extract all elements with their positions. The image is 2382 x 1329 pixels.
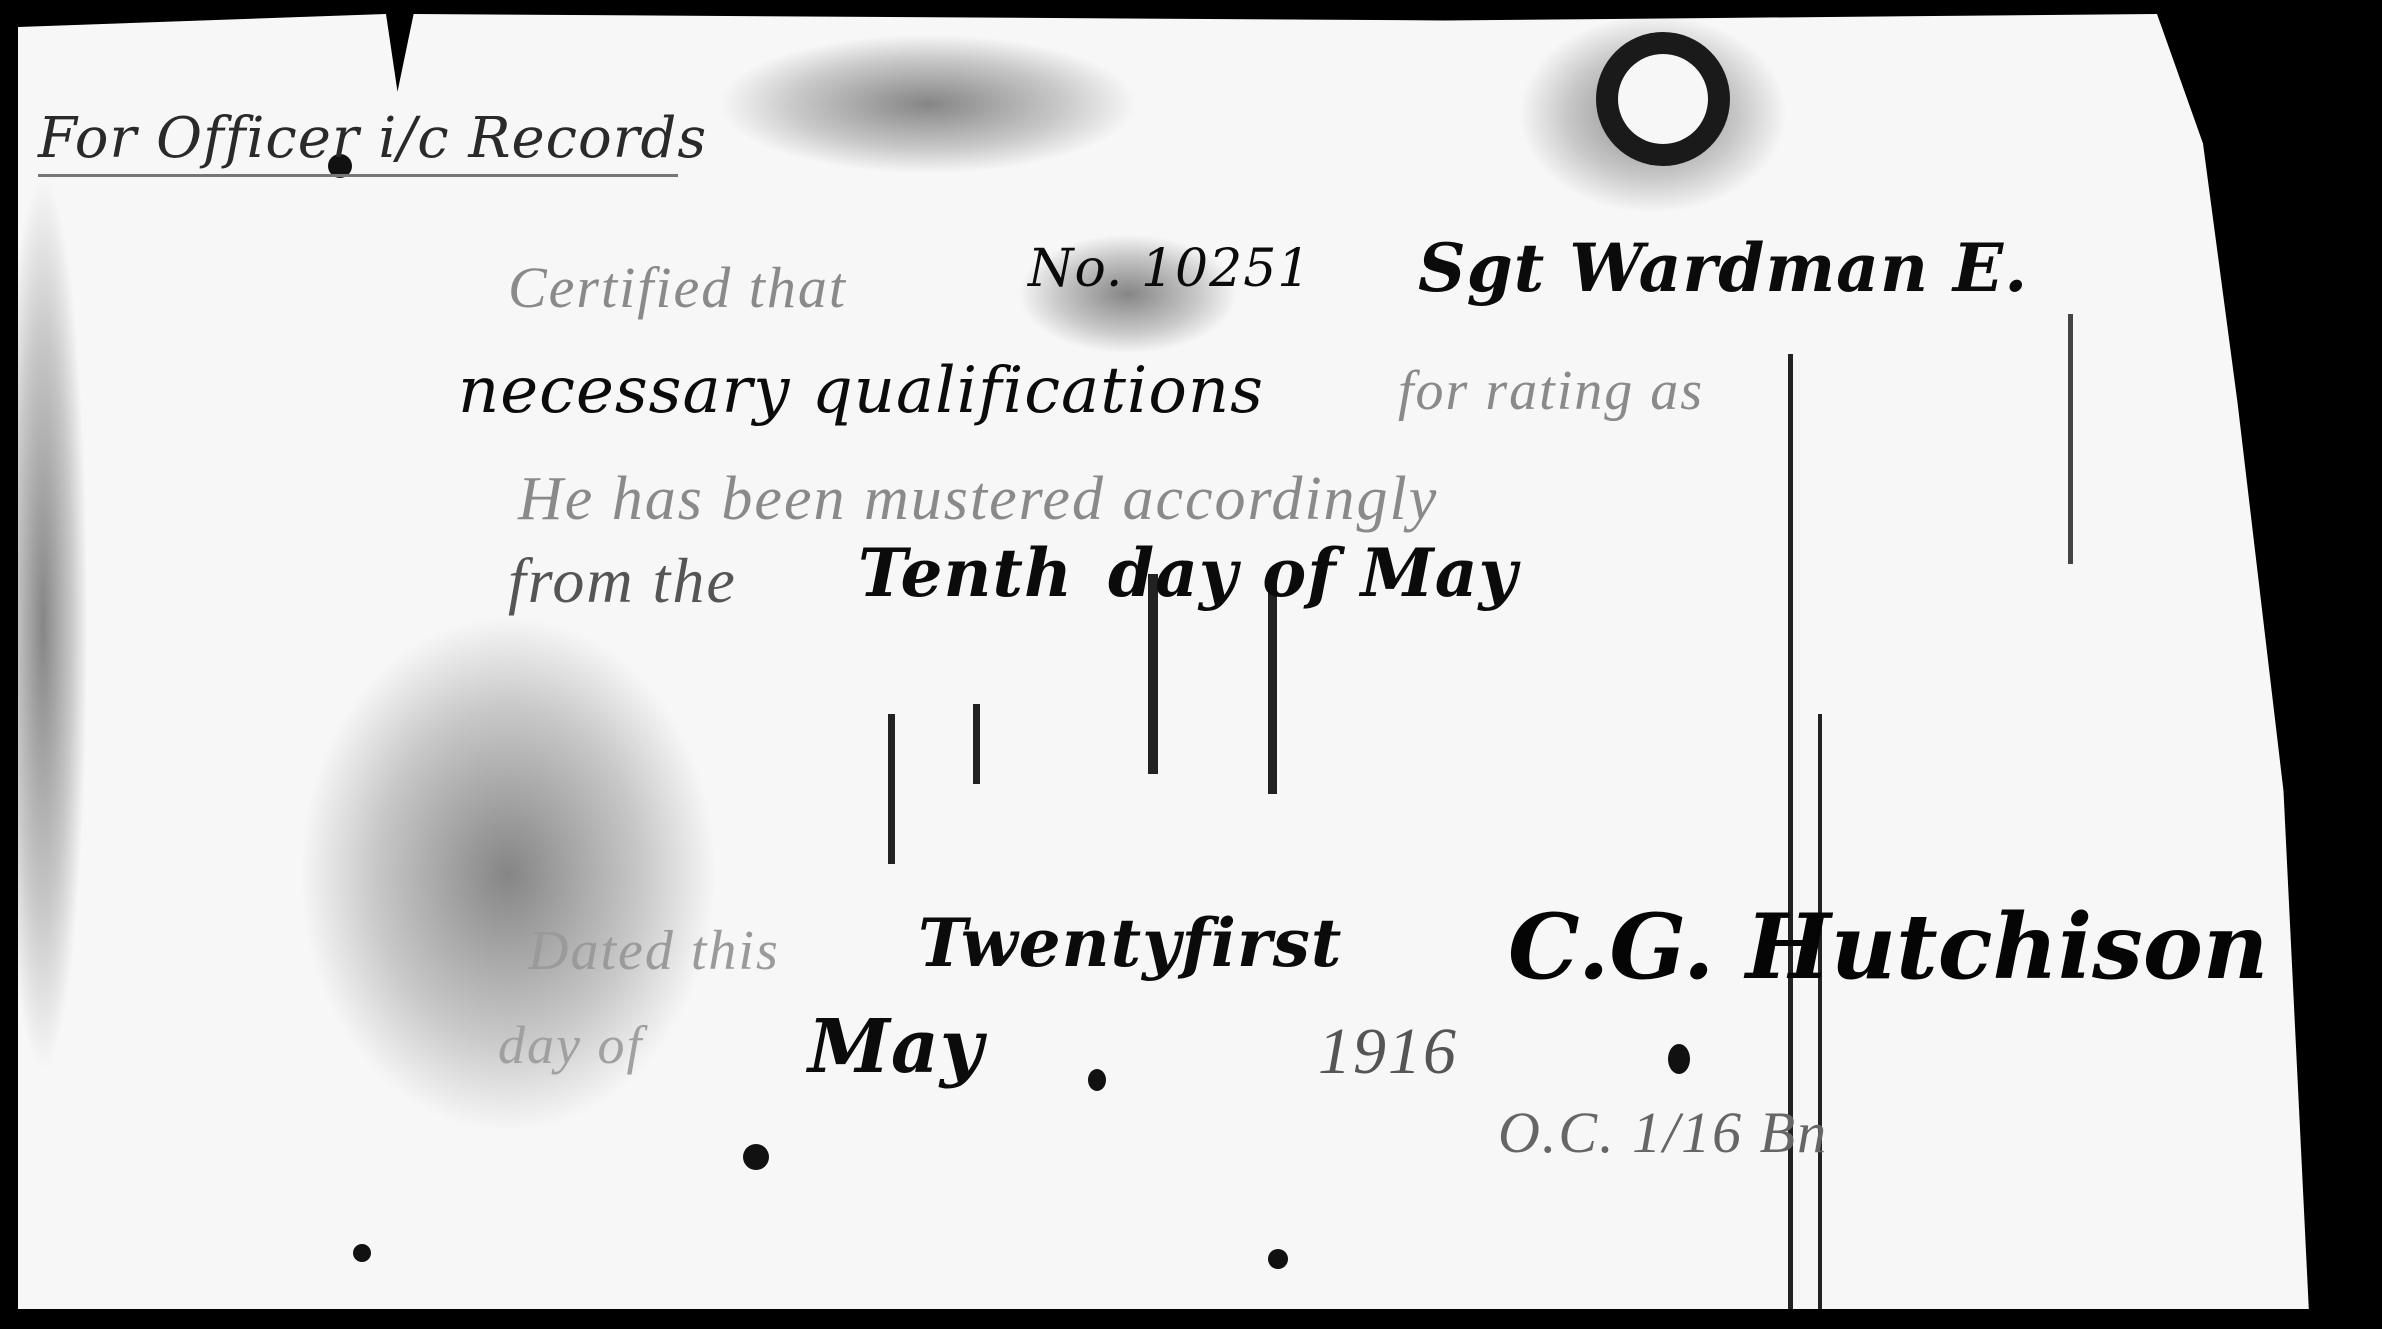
printed-for-rating-as: for rating as [1398,359,1704,423]
streak [2068,314,2073,564]
printed-dated-this: Dated this [528,919,780,983]
ink-dot [1268,1249,1288,1269]
printed-day-of: day of [498,1014,643,1076]
streak [888,714,895,864]
signature-title: O.C. 1/16 Bn [1498,1099,1828,1166]
ink-dot [743,1144,769,1170]
dated-month: May [808,1004,984,1090]
stain-left-edge [0,174,88,1074]
document-paper: For Officer i/c Records Certified that N… [18,14,2318,1309]
stain-upper-left [718,34,1138,174]
streak [1788,354,1793,1314]
streak [973,704,980,784]
year: 1916 [1318,1014,1458,1090]
muster-day: Tenth [858,534,1073,612]
printed-from-the: from the [508,544,737,618]
signature-name: C.G. Hutchison [1508,894,2268,1000]
muster-month: day of May [1108,534,1518,612]
header-officer-records: For Officer i/c Records [38,106,707,171]
streak [1818,714,1822,1314]
service-number: No. 10251 [1028,239,1311,299]
scan-background: For Officer i/c Records Certified that N… [0,0,2382,1329]
blot-ring [1618,54,1708,144]
dated-day: Twentyfirst [918,904,1342,982]
rank-and-name: Sgt Wardman E. [1418,229,2028,307]
ink-dot [353,1244,371,1262]
ink-dot [1668,1044,1690,1074]
header-underline [38,174,678,177]
printed-necessary-qualifications: necessary qualifications [458,354,1264,428]
ink-dot [1088,1069,1106,1091]
printed-mustered-accordingly: He has been mustered accordingly [518,464,1438,535]
printed-certified-that: Certified that [508,254,847,321]
